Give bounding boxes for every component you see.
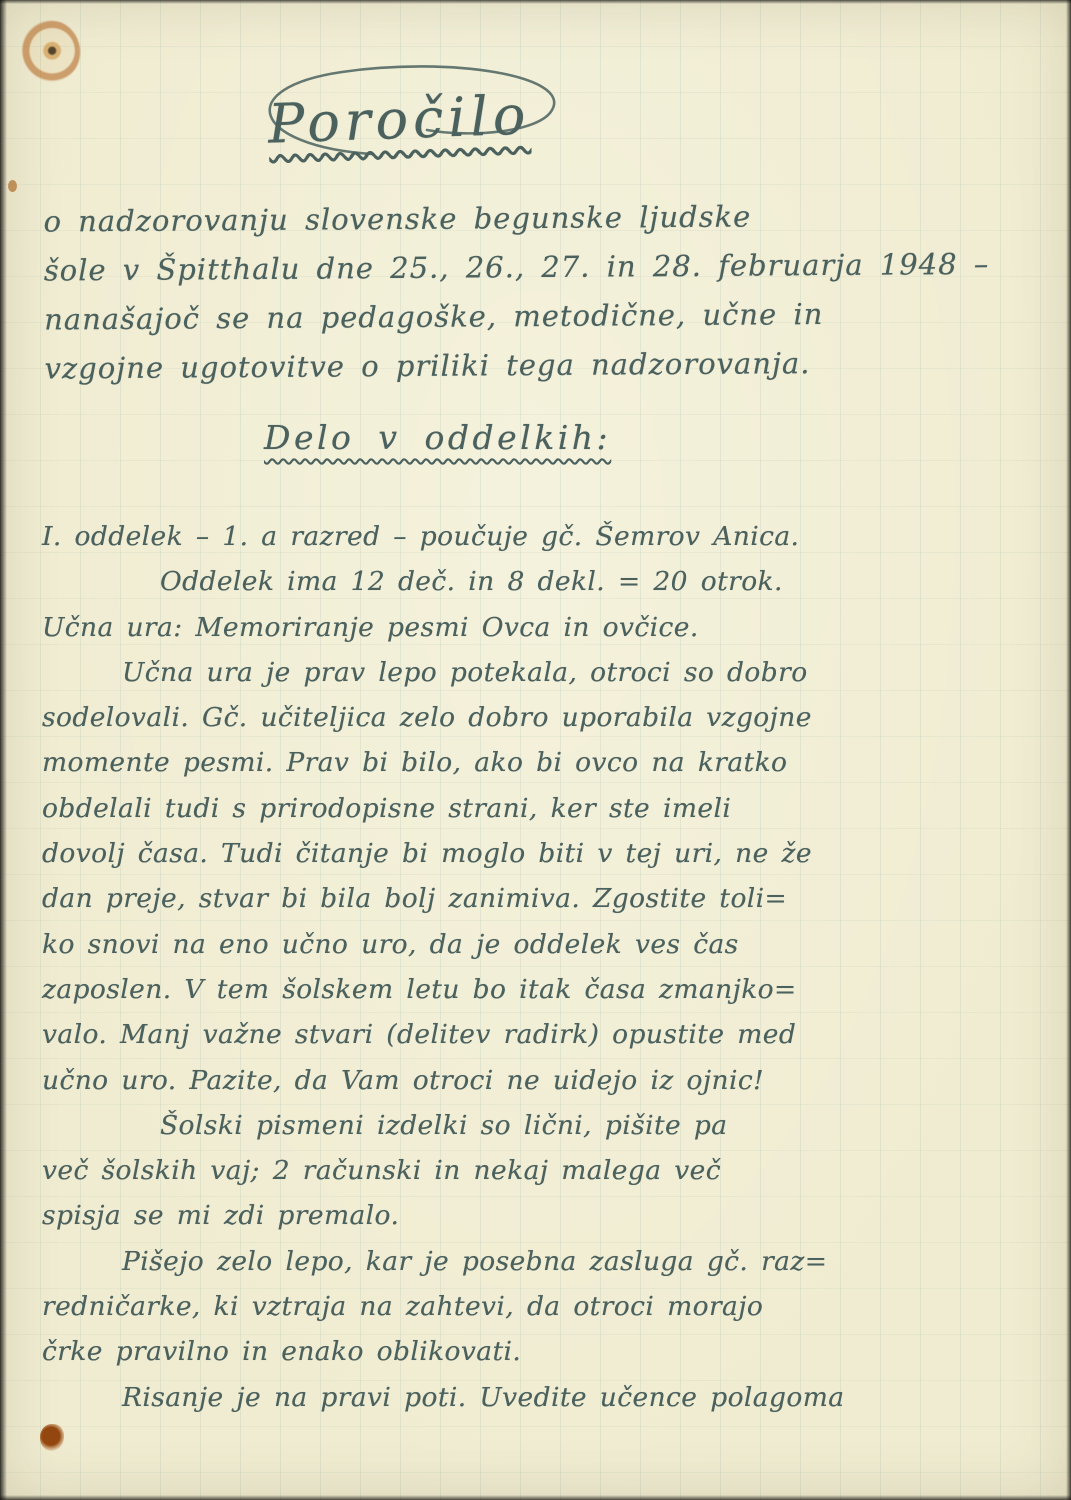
intro-line: nanašajoč se na pedagoške, metodične, uč… bbox=[44, 289, 1039, 345]
manuscript-line: več šolskih vaj; 2 računski in nekaj mal… bbox=[42, 1148, 1047, 1193]
manuscript-line: obdelali tudi s prirodopisne strani, ker… bbox=[42, 786, 1047, 831]
manuscript-line: redničarke, ki vztraja na zahtevi, da ot… bbox=[42, 1284, 1047, 1329]
rust-stain-bottom-left bbox=[40, 1424, 64, 1451]
manuscript-line: Šolski pismeni izdelki so lični, pišite … bbox=[42, 1103, 1047, 1148]
manuscript-line: momente pesmi. Prav bi bilo, ako bi ovco… bbox=[42, 740, 1047, 785]
page-title: Poročilo bbox=[267, 83, 531, 155]
scan-edge-left bbox=[0, 0, 7, 1500]
intro-paragraph: o nadzorovanju slovenske begunske ljudsk… bbox=[43, 191, 1039, 394]
manuscript-line: sodelovali. Gč. učiteljica zelo dobro up… bbox=[42, 695, 1047, 740]
manuscript-line: učno uro. Pazite, da Vam otroci ne uidej… bbox=[42, 1058, 1047, 1103]
manuscript-line: spisja se mi zdi premalo. bbox=[42, 1193, 1047, 1238]
manuscript-line: I. oddelek – 1. a razred – poučuje gč. Š… bbox=[42, 514, 1047, 559]
scan-edge-right bbox=[1066, 0, 1071, 1500]
manuscript-line: Oddelek ima 12 deč. in 8 dekl. = 20 otro… bbox=[42, 559, 1047, 604]
manuscript-line: črke pravilno in enako oblikovati. bbox=[42, 1329, 1047, 1374]
manuscript-line: dan preje, stvar bi bila bolj zanimiva. … bbox=[42, 876, 1047, 921]
rust-stain-top-left bbox=[15, 14, 87, 89]
scan-edge-top bbox=[0, 0, 1071, 4]
manuscript-line: Risanje je na pravi poti. Uvedite učence… bbox=[42, 1375, 1047, 1420]
manuscript-line: zaposlen. V tem šolskem letu bo itak čas… bbox=[42, 967, 1047, 1012]
intro-line: šole v Špitthalu dne 25., 26., 27. in 28… bbox=[44, 240, 1039, 296]
scan-edge-bottom bbox=[0, 1495, 1071, 1500]
manuscript-line: Učna ura: Memoriranje pesmi Ovca in ovči… bbox=[42, 605, 1047, 650]
section-heading: Delo v oddelkih: bbox=[264, 418, 611, 457]
manuscript-line: dovolj časa. Tudi čitanje bi moglo biti … bbox=[42, 831, 1047, 876]
intro-line: o nadzorovanju slovenske begunske ljudsk… bbox=[43, 191, 1038, 247]
manuscript-page: Poročilo o nadzorovanju slovenske beguns… bbox=[0, 0, 1071, 1500]
rust-speck-left-edge bbox=[8, 180, 17, 192]
body-text: I. oddelek – 1. a razred – poučuje gč. Š… bbox=[42, 514, 1047, 1420]
manuscript-line: ko snovi na eno učno uro, da je oddelek … bbox=[42, 922, 1047, 967]
manuscript-line: Pišejo zelo lepo, kar je posebna zasluga… bbox=[42, 1239, 1047, 1284]
intro-line: vzgojne ugotovitve o priliki tega nadzor… bbox=[44, 338, 1039, 394]
manuscript-line: valo. Manj važne stvari (delitev radirk)… bbox=[42, 1012, 1047, 1057]
manuscript-line: Učna ura je prav lepo potekala, otroci s… bbox=[42, 650, 1047, 695]
